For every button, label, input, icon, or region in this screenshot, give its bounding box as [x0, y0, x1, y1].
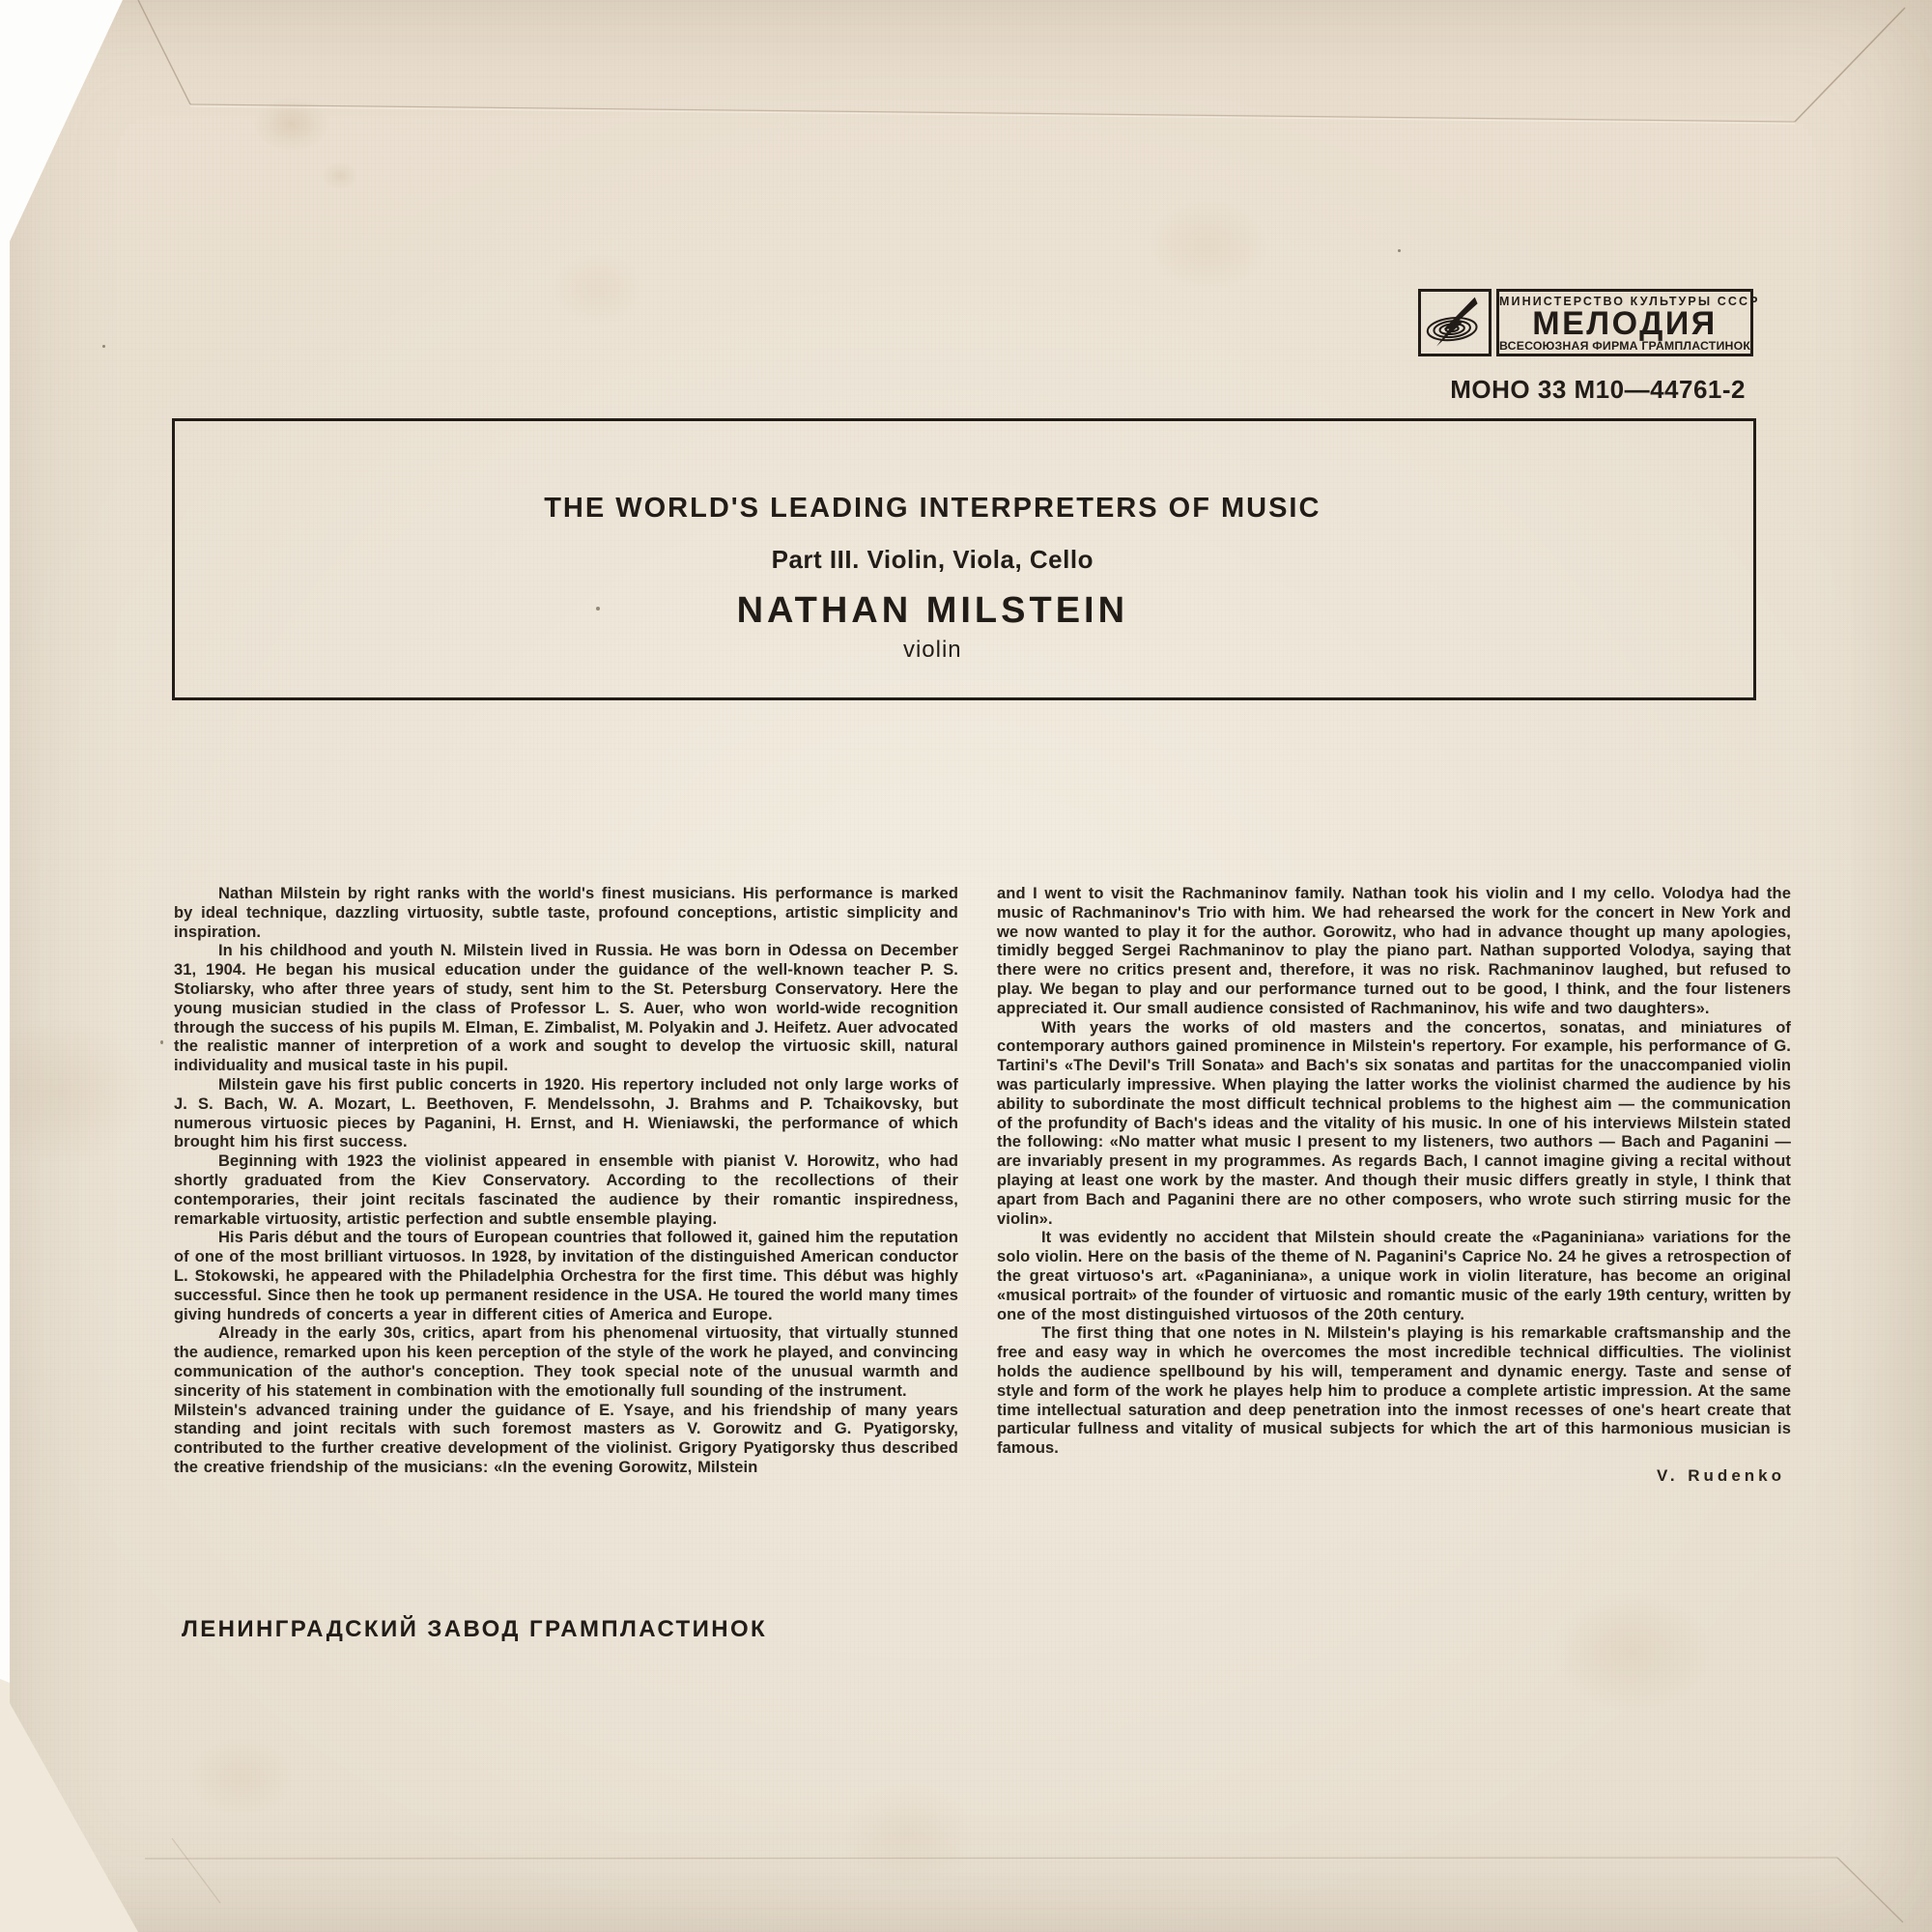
pressing-plant-line: ЛЕНИНГРАДСКИЙ ЗАВОД ГРАМПЛАСТИНОК [182, 1616, 767, 1643]
scanned-sleeve-page: МИНИСТЕРСТВО КУЛЬТУРЫ СССР МЕЛОДИЯ ВСЕСО… [0, 0, 1932, 1932]
author-signature: V. Rudenko [997, 1466, 1791, 1486]
melodiya-record-icon [1423, 294, 1487, 352]
catalog-number: МОНО 33 М10—44761-2 [1418, 375, 1746, 405]
firm-line: ВСЕСОЮЗНАЯ ФИРМА ГРАМПЛАСТИНОК [1499, 339, 1750, 353]
liner-paragraph: Already in the early 30s, critics, apart… [174, 1324, 958, 1401]
liner-paragraph: With years the works of old masters and … [997, 1019, 1791, 1230]
liner-paragraph: Nathan Milstein by right ranks with the … [174, 885, 958, 942]
record-sleeve-back: МИНИСТЕРСТВО КУЛЬТУРЫ СССР МЕЛОДИЯ ВСЕСО… [0, 0, 1932, 1932]
part-subtitle: Part III. Violin, Viola, Cello [175, 545, 1690, 575]
liner-paragraph: In his childhood and youth N. Milstein l… [174, 942, 958, 1076]
paper-speck [160, 1040, 163, 1044]
melodiya-text-box: МИНИСТЕРСТВО КУЛЬТУРЫ СССР МЕЛОДИЯ ВСЕСО… [1496, 289, 1753, 356]
liner-paragraph: His Paris début and the tours of Europea… [174, 1229, 958, 1324]
artist-instrument: violin [175, 637, 1690, 664]
paper-speck [102, 345, 105, 348]
liner-paragraph: It was evidently no accident that Milste… [997, 1229, 1791, 1324]
liner-paragraph: The first thing that one notes in N. Mil… [997, 1324, 1791, 1459]
label-name: МЕЛОДИЯ [1499, 308, 1750, 339]
paper-speck [1398, 249, 1401, 252]
liner-paragraph: Beginning with 1923 the violinist appear… [174, 1152, 958, 1229]
liner-paragraph: and I went to visit the Rachmaninov fami… [997, 885, 1791, 1019]
liner-notes-right-column: and I went to visit the Rachmaninov fami… [997, 885, 1791, 1486]
title-box-inner: THE WORLD'S LEADING INTERPRETERS OF MUSI… [175, 493, 1690, 664]
melodiya-logo-symbol-box [1418, 289, 1492, 356]
title-box: THE WORLD'S LEADING INTERPRETERS OF MUSI… [172, 418, 1756, 700]
liner-paragraph: Milstein gave his first public concerts … [174, 1076, 958, 1152]
melodiya-logo-block: МИНИСТЕРСТВО КУЛЬТУРЫ СССР МЕЛОДИЯ ВСЕСО… [1418, 289, 1753, 356]
artist-name: NATHAN MILSTEIN [175, 590, 1690, 632]
liner-notes-left-column: Nathan Milstein by right ranks with the … [174, 885, 958, 1478]
liner-paragraph: Milstein's advanced training under the g… [174, 1402, 958, 1478]
series-title: THE WORLD'S LEADING INTERPRETERS OF MUSI… [175, 493, 1690, 525]
